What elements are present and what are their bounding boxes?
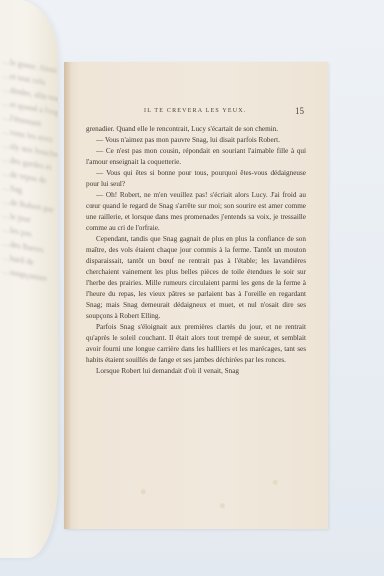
running-head: IL TE CREVERA LES YEUX. 15	[86, 107, 306, 119]
left-page-text: …le gosse. Ainsi hors …et tout cela …din…	[2, 54, 58, 289]
page-gutter-shadow	[64, 62, 72, 529]
paragraph: — Vous n'aimez pas mon pauvre Snag, lui …	[86, 135, 306, 146]
body-text: grenadier. Quand elle le rencontrait, Lu…	[86, 124, 306, 377]
paragraph: — Oh! Robert, ne m'en veuillez pas! s'éc…	[86, 190, 306, 234]
paragraph: Lorsque Robert lui demandait d'où il ven…	[86, 366, 306, 377]
running-head-title: IL TE CREVERA LES YEUX.	[144, 108, 247, 114]
paragraph: Cependant, tandis que Snag gagnait de pl…	[86, 234, 306, 322]
paragraph: — Ce n'est pas mon cousin, répondait en …	[86, 146, 306, 168]
right-page: IL TE CREVERA LES YEUX. 15 grenadier. Qu…	[64, 62, 328, 529]
paragraph: grenadier. Quand elle le rencontrait, Lu…	[86, 124, 306, 135]
paragraph: Parfois Snag s'éloignait aux premières c…	[86, 322, 306, 366]
left-page: …le gosse. Ainsi hors …et tout cela …din…	[0, 0, 58, 558]
page-number: 15	[295, 106, 304, 116]
paragraph: — Vous qui êtes si bonne pour tous, pour…	[86, 168, 306, 190]
